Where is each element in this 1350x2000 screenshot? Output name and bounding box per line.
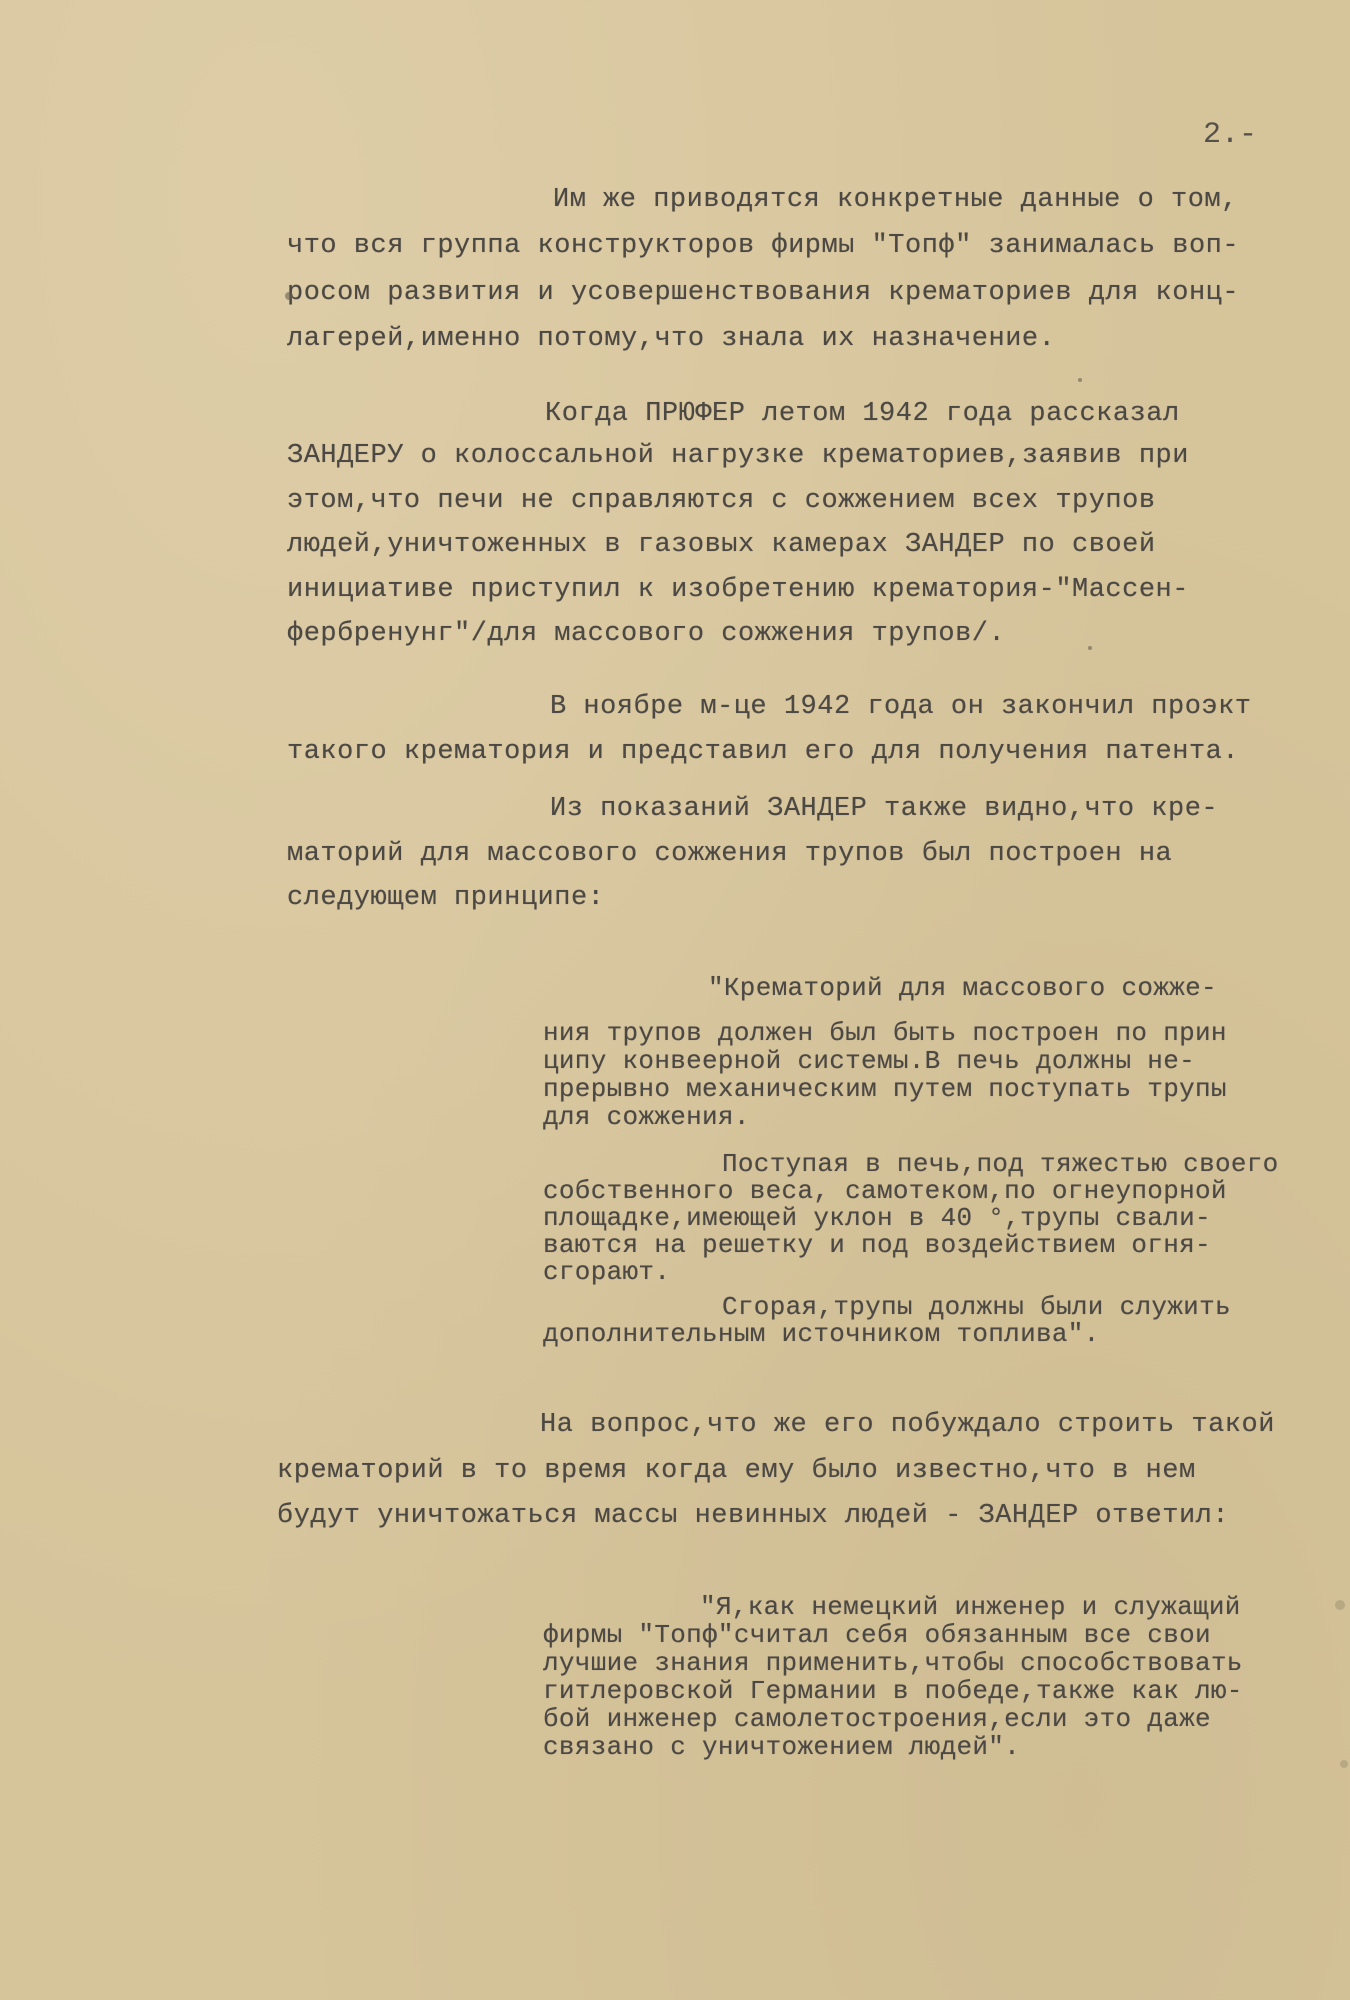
text-line: этом,что печи не справляются с сожжением… xyxy=(287,488,1156,515)
quote-line: дополнительным источником топлива". xyxy=(543,1321,1100,1347)
quote-line: ваются на решетку и под воздействием огн… xyxy=(543,1232,1211,1258)
quote-line: для сожжения. xyxy=(543,1104,750,1130)
quote-line: бой инженер самолетостроения,если это да… xyxy=(543,1706,1211,1732)
quote-line: ния трупов должен был быть построен по п… xyxy=(543,1020,1227,1046)
page-number: 2.- xyxy=(1203,118,1257,152)
text-line: Когда ПРЮФЕР летом 1942 года рассказал xyxy=(545,401,1180,428)
text-line: лагерей,именно потому,что знала их назна… xyxy=(287,326,1055,353)
text-line: следующем принципе: xyxy=(287,885,604,912)
quote-line: ципу конвеерной системы.В печь должны не… xyxy=(543,1048,1195,1074)
text-line: Им же приводятся конкретные данные о том… xyxy=(553,187,1238,214)
quote-line: площадке,имеющей уклон в 40 °,трупы свал… xyxy=(543,1205,1211,1231)
quote-line: гитлеровской Германии в победе,также как… xyxy=(543,1678,1243,1704)
text-line: На вопрос,что же его побуждало строить т… xyxy=(540,1412,1275,1439)
text-line: ЗАНДЕРУ о колоссальной нагрузке крематор… xyxy=(287,443,1189,470)
text-line: маторий для массового сожжения трупов бы… xyxy=(287,841,1172,868)
text-line: фербренунг"/для массового сожжения трупо… xyxy=(287,621,1005,648)
text-line: инициативе приступил к изобретению крема… xyxy=(287,577,1189,604)
text-line: росом развития и усовершенствования крем… xyxy=(287,280,1239,307)
ink-speck xyxy=(1078,378,1082,382)
quote-line: "Я,как немецкий инженер и служащий xyxy=(700,1594,1241,1620)
quote-line: фирмы "Топф"считал себя обязанным все св… xyxy=(543,1622,1211,1648)
quote-line: лучшие знания применить,чтобы способство… xyxy=(543,1650,1243,1676)
quote-line: связано с уничтожением людей". xyxy=(543,1734,1020,1760)
text-line: В ноябре м-це 1942 года он закончил проэ… xyxy=(550,694,1252,721)
quote-line: сгорают. xyxy=(543,1259,670,1285)
paper-mark xyxy=(1340,1760,1348,1768)
quote-line: Сгорая,трупы должны были служить xyxy=(722,1294,1231,1320)
ink-speck xyxy=(285,292,293,300)
text-line: что вся группа конструкторов фирмы "Топф… xyxy=(287,233,1239,260)
text-line: такого крематория и представил его для п… xyxy=(287,739,1239,766)
quote-line: прерывно механическим путем поступать тр… xyxy=(543,1076,1227,1102)
quote-line: "Крематорий для массового сожже- xyxy=(708,975,1217,1001)
paper-mark xyxy=(1335,1600,1345,1610)
text-line: будут уничтожаться массы невинных людей … xyxy=(277,1503,1229,1530)
ink-speck xyxy=(1088,646,1092,650)
quote-line: Поступая в печь,под тяжестью своего xyxy=(722,1151,1279,1177)
text-line: людей,уничтоженных в газовых камерах ЗАН… xyxy=(287,532,1156,559)
quote-line: собственного веса, самотеком,по огнеупор… xyxy=(543,1178,1227,1204)
text-line: Из показаний ЗАНДЕР также видно,что кре- xyxy=(550,796,1218,823)
text-line: крематорий в то время когда ему было изв… xyxy=(277,1458,1196,1485)
